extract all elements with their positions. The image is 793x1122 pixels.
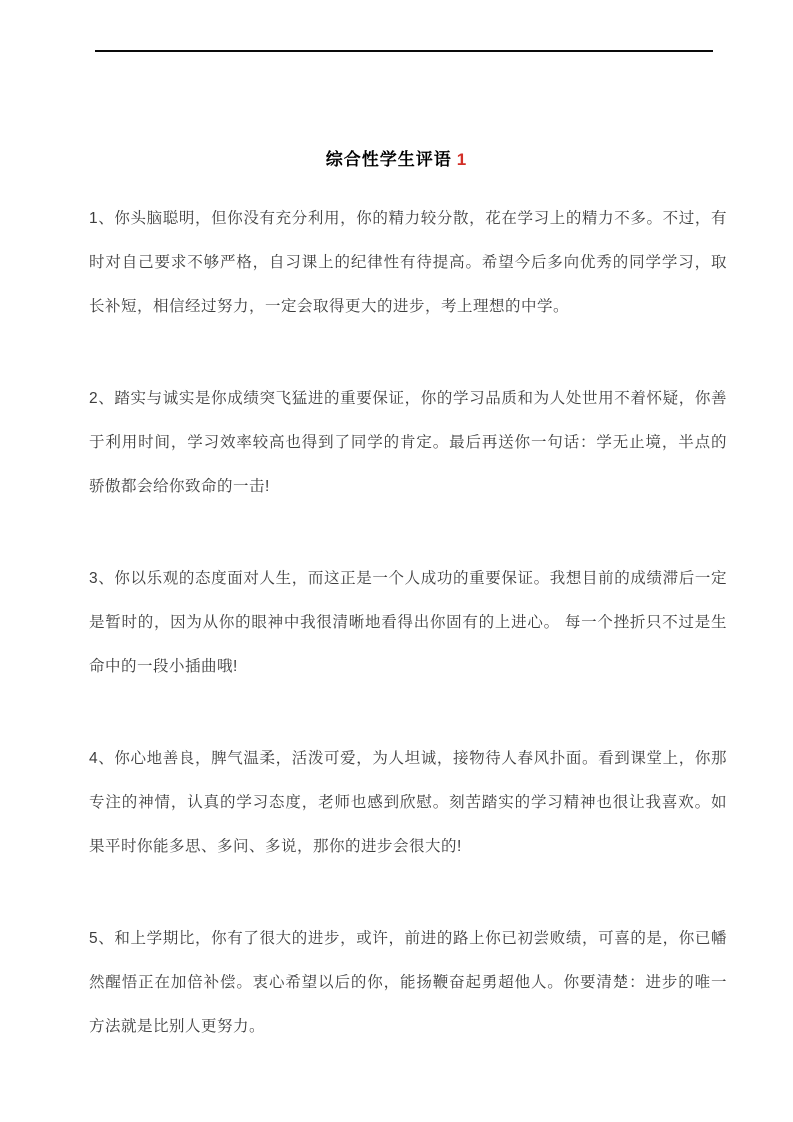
comment-paragraph-4: 4、你心地善良，脾气温柔，活泼可爱，为人坦诚，接物待人春风扑面。看到课堂上，你那… (89, 737, 727, 869)
document-body: 1、你头脑聪明，但你没有充分利用，你的精力较分散，花在学习上的精力不多。不过，有… (89, 197, 727, 1097)
document-page: 综合性学生评语1 1、你头脑聪明，但你没有充分利用，你的精力较分散，花在学习上的… (0, 0, 793, 1122)
comment-paragraph-5: 5、和上学期比，你有了很大的进步，或许，前进的路上你已初尝败绩，可喜的是，你已幡… (89, 917, 727, 1049)
comment-paragraph-2: 2、踏实与诚实是你成绩突飞猛进的重要保证，你的学习品质和为人处世用不着怀疑，你善… (89, 377, 727, 509)
page-title-text: 综合性学生评语 (326, 150, 452, 169)
page-title: 综合性学生评语1 (0, 146, 793, 174)
header-rule (95, 50, 713, 52)
comment-paragraph-1: 1、你头脑聪明，但你没有充分利用，你的精力较分散，花在学习上的精力不多。不过，有… (89, 197, 727, 329)
comment-paragraph-3: 3、你以乐观的态度面对人生，而这正是一个人成功的重要保证。我想目前的成绩滞后一定… (89, 557, 727, 689)
page-title-number: 1 (457, 150, 467, 169)
